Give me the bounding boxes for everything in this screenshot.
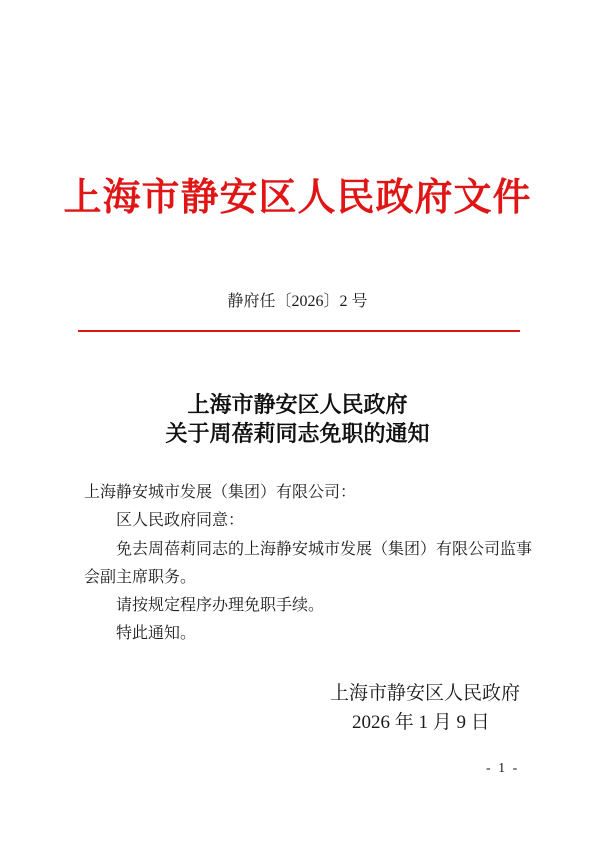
issuing-authority-signature: 上海市静安区人民政府 <box>330 678 520 705</box>
document-number: 静府任〔2026〕2 号 <box>0 288 595 311</box>
document-date: 2026 年 1 月 9 日 <box>352 707 490 734</box>
body-paragraph: 请按规定程序办理免职手续。 <box>84 592 534 620</box>
page-number: - 1 - <box>486 761 519 777</box>
notice-title-line1: 上海市静安区人民政府 <box>0 390 595 419</box>
body-paragraph: 区人民政府同意： <box>84 507 534 535</box>
document-page: 上海市静安区人民政府文件 静府任〔2026〕2 号 上海市静安区人民政府 关于周… <box>0 0 595 841</box>
notice-title: 上海市静安区人民政府 关于周蓓莉同志免职的通知 <box>0 390 595 448</box>
addressee-line: 上海静安城市发展（集团）有限公司： <box>84 479 534 507</box>
notice-title-line2: 关于周蓓莉同志免职的通知 <box>0 419 595 448</box>
red-separator-line <box>78 330 520 332</box>
body-paragraph: 免去周蓓莉同志的上海静安城市发展（集团）有限公司监事会副主席职务。 <box>84 536 534 593</box>
red-header-title: 上海市静安区人民政府文件 <box>0 166 595 221</box>
body-paragraph: 特此通知。 <box>84 620 534 648</box>
notice-body: 上海静安城市发展（集团）有限公司： 区人民政府同意： 免去周蓓莉同志的上海静安城… <box>84 479 534 649</box>
